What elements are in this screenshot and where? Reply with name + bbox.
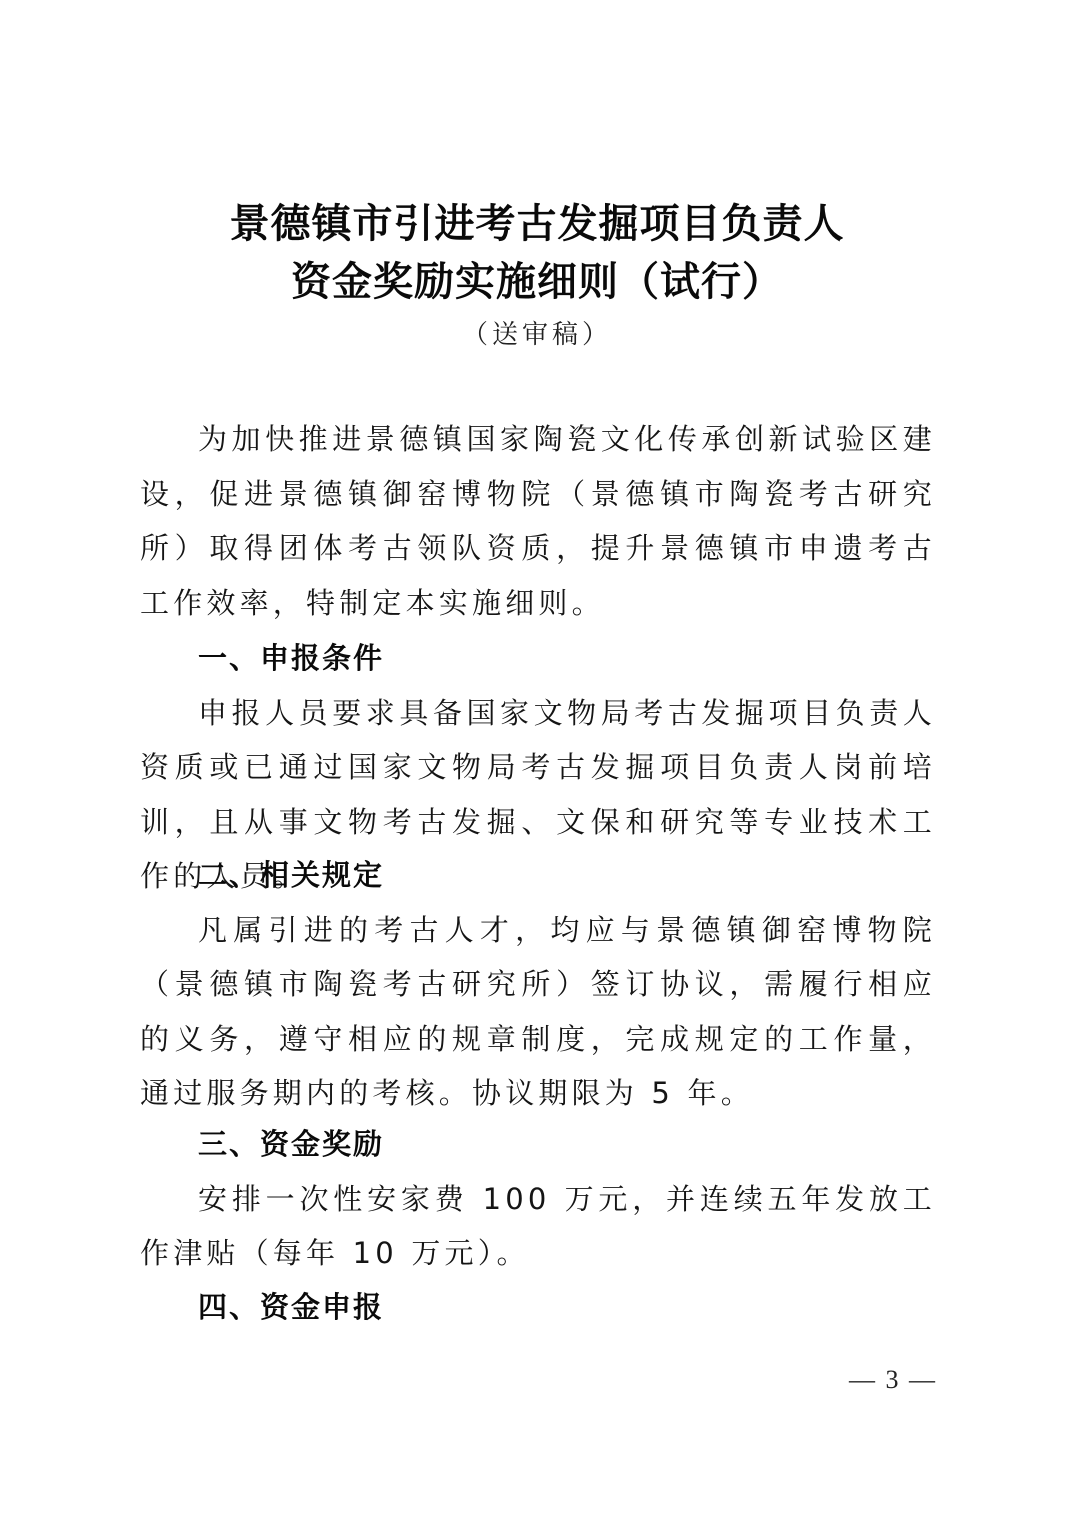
section-3-paragraph: 安排一次性安家费 100 万元，并连续五年发放工作津贴（每年 10 万元）。 (140, 1172, 936, 1281)
section-4-heading: 四、资金申报 (140, 1280, 936, 1335)
document-title-line-1: 景德镇市引进考古发掘项目负责人 (0, 192, 1074, 249)
section-1-heading: 一、申报条件 (140, 631, 936, 686)
document-page: 景德镇市引进考古发掘项目负责人 资金奖励实施细则（试行） （送审稿） 为加快推进… (0, 0, 1074, 1520)
document-title-line-2: 资金奖励实施细则（试行） (0, 250, 1074, 307)
section-2-paragraph: 凡属引进的考古人才，均应与景德镇御窑博物院（景德镇市陶瓷考古研究所）签订协议，需… (140, 903, 936, 1121)
intro-block: 为加快推进景德镇国家陶瓷文化传承创新试验区建设，促进景德镇御窑博物院（景德镇市陶… (140, 412, 936, 630)
section-3-heading: 三、资金奖励 (140, 1117, 936, 1172)
section-2: 二、相关规定 凡属引进的考古人才，均应与景德镇御窑博物院（景德镇市陶瓷考古研究所… (140, 848, 936, 1121)
section-3: 三、资金奖励 安排一次性安家费 100 万元，并连续五年发放工作津贴（每年 10… (140, 1117, 936, 1281)
document-subtitle: （送审稿） (0, 314, 1074, 351)
section-2-heading: 二、相关规定 (140, 848, 936, 903)
page-number: — 3 — (848, 1365, 938, 1395)
section-4: 四、资金申报 (140, 1280, 936, 1335)
intro-paragraph: 为加快推进景德镇国家陶瓷文化传承创新试验区建设，促进景德镇御窑博物院（景德镇市陶… (140, 412, 936, 630)
